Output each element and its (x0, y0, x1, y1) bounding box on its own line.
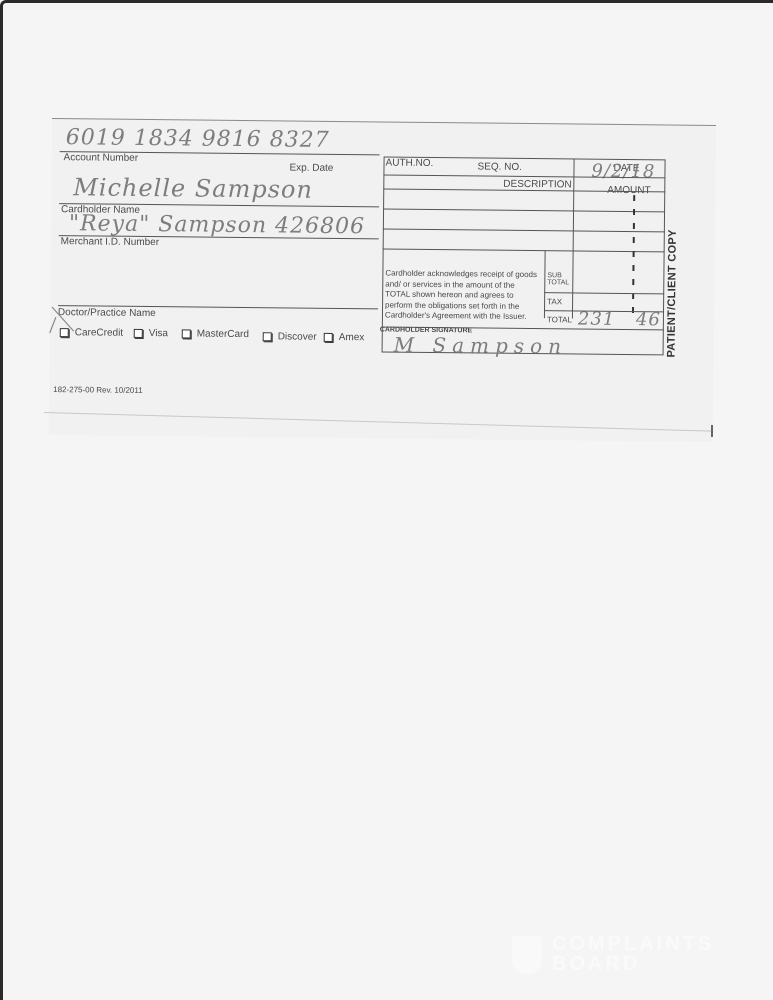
card-type-visa[interactable]: Visa (134, 328, 168, 339)
checkbox-icon[interactable] (324, 333, 333, 342)
tax-label: TAX (547, 297, 562, 308)
card-type-label: CareCredit (75, 327, 123, 339)
handwritten-x-mark (48, 305, 78, 335)
patient-client-copy-label: PATIENT/CLIENT COPY (666, 229, 679, 357)
account-number-value: 6019 1834 9816 8327 (66, 125, 330, 153)
card-type-options: CareCredit Visa MasterCard Discover Amex (60, 327, 400, 347)
card-type-label: Discover (278, 331, 317, 342)
form-number: 182-275-00 Rev. 10/2011 (53, 385, 143, 395)
watermark-line-2: BOARD (552, 954, 714, 974)
signature-value: M Sampson (394, 333, 568, 359)
shield-icon (512, 936, 542, 974)
watermark-line-1: COMPLAINTS (552, 934, 714, 954)
agreement-text: Cardholder acknowledges receipt of goods… (385, 269, 542, 323)
checkbox-icon[interactable] (263, 332, 272, 341)
total-cents: 46 (636, 309, 661, 330)
account-number-label: Account Number (64, 152, 139, 164)
card-type-label: Visa (149, 328, 168, 339)
seq-no-label: SEQ. NO. (477, 161, 522, 172)
slip-edge-mark (711, 425, 713, 437)
checkbox-icon[interactable] (134, 329, 143, 338)
card-type-label: Amex (339, 332, 365, 343)
checkbox-icon[interactable] (182, 329, 191, 338)
charge-slip: 6019 1834 9816 8327 Account Number Exp. … (49, 118, 716, 442)
exp-date-label: Exp. Date (289, 162, 333, 173)
card-type-label: MasterCard (197, 329, 249, 341)
description-label: DESCRIPTION (503, 179, 571, 191)
subtotal-label: SUB TOTAL (547, 272, 569, 286)
card-type-amex[interactable]: Amex (324, 332, 365, 343)
merchant-id-label: Merchant I.D. Number (61, 236, 159, 248)
total-dollars: 231 (578, 309, 616, 330)
card-type-mastercard[interactable]: MasterCard (182, 328, 249, 340)
date-value: 9/2/18 (591, 161, 655, 183)
watermark: COMPLAINTS BOARD (512, 932, 742, 982)
auth-no-label: AUTH.NO. (385, 157, 433, 168)
cardholder-name-value: Michelle Sampson (73, 173, 313, 204)
total-label: TOTAL (547, 315, 572, 326)
card-type-discover[interactable]: Discover (263, 331, 317, 343)
